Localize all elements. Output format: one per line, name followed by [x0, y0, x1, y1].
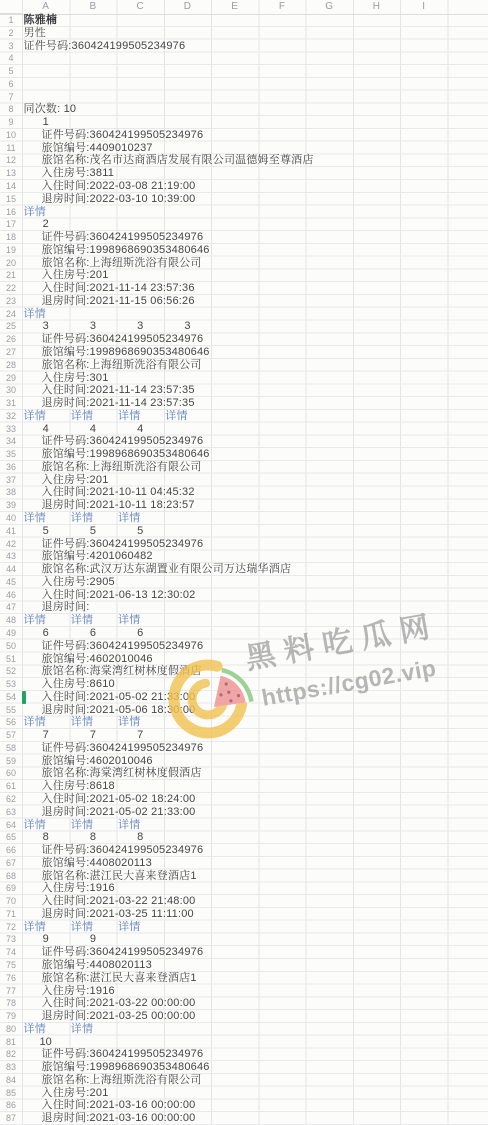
row-number[interactable]: 65: [0, 831, 22, 844]
column-header[interactable]: G: [306, 0, 353, 14]
record-field[interactable]: 入住房号:8610: [42, 678, 115, 691]
row-number[interactable]: 85: [0, 1087, 22, 1100]
row-number[interactable]: 19: [0, 244, 22, 257]
record-field[interactable]: 证件号码:360424199505234976: [42, 844, 204, 857]
row-number[interactable]: 59: [0, 755, 22, 768]
record-field[interactable]: 旅馆名称:海棠湾红树林度假酒店: [42, 767, 202, 780]
row-number[interactable]: 87: [0, 1112, 22, 1125]
row-number[interactable]: 15: [0, 193, 22, 206]
row-number[interactable]: 66: [0, 844, 22, 857]
record-field[interactable]: 入住房号:201: [42, 474, 109, 487]
record-index[interactable]: 6: [69, 627, 116, 640]
record-field[interactable]: 入住时间:2021-10-11 04:45:32: [42, 486, 195, 499]
row-number[interactable]: 20: [0, 257, 22, 270]
row-number[interactable]: 39: [0, 499, 22, 512]
record-field[interactable]: 旅馆编号:4602010046: [42, 755, 153, 768]
detail-link[interactable]: 详情: [118, 614, 140, 627]
record-index[interactable]: 4: [22, 423, 69, 436]
watermark-title: 黑料吃瓜网: [243, 611, 440, 674]
row-number[interactable]: 63: [0, 806, 22, 819]
row-number[interactable]: 7: [0, 91, 22, 104]
record-index[interactable]: 3: [69, 320, 116, 333]
detail-link[interactable]: 详情: [118, 410, 140, 423]
record-field[interactable]: 入住时间:2021-03-22 21:48:00: [42, 895, 196, 908]
row-number[interactable]: 26: [0, 333, 22, 346]
record-index[interactable]: 4: [69, 423, 116, 436]
detail-link[interactable]: 详情: [71, 921, 93, 934]
row-number[interactable]: 54: [0, 691, 22, 704]
record-field[interactable]: 旅馆编号:4201060482: [42, 550, 153, 563]
detail-link[interactable]: 详情: [165, 410, 187, 423]
record-field[interactable]: 退房时间:2021-10-11 18:23:57: [42, 499, 195, 512]
row-number[interactable]: 12: [0, 154, 22, 167]
record-field[interactable]: 退房时间:2021-03-25 11:11:00: [42, 908, 194, 921]
record-index[interactable]: 5: [69, 525, 116, 538]
record-field[interactable]: 入住房号:201: [42, 1087, 109, 1100]
row-number[interactable]: 8: [0, 103, 22, 116]
record-field[interactable]: 入住房号:3811: [42, 167, 115, 180]
detail-link[interactable]: 详情: [71, 512, 93, 525]
record-field[interactable]: 入住房号:8618: [42, 780, 115, 793]
row-number[interactable]: 55: [0, 704, 22, 717]
detail-link[interactable]: 详情: [24, 921, 46, 934]
row-number[interactable]: 32: [0, 410, 22, 423]
row-number[interactable]: 74: [0, 946, 22, 959]
detail-link[interactable]: 详情: [118, 512, 140, 525]
row-number[interactable]: 77: [0, 985, 22, 998]
row-number[interactable]: 43: [0, 550, 22, 563]
row-number[interactable]: 52: [0, 665, 22, 678]
record-field[interactable]: 旅馆名称:海棠湾红树林度假酒店: [42, 665, 202, 678]
record-index[interactable]: 8: [22, 831, 69, 844]
row-number[interactable]: 79: [0, 1010, 22, 1023]
record-field[interactable]: 旅馆编号:1998968690353480646: [42, 346, 210, 359]
record-field[interactable]: 旅馆名称:上海纽斯洗浴有限公司: [42, 1074, 202, 1087]
row-number[interactable]: 57: [0, 729, 22, 742]
record-field[interactable]: 退房时间:2021-11-15 06:56:26: [42, 295, 195, 308]
row-number[interactable]: 61: [0, 780, 22, 793]
row-number[interactable]: 36: [0, 461, 22, 474]
detail-link[interactable]: 详情: [71, 1023, 93, 1036]
row-number[interactable]: 84: [0, 1074, 22, 1087]
row-number[interactable]: 49: [0, 627, 22, 640]
person-gender[interactable]: 男性: [24, 27, 46, 40]
record-index[interactable]: 3: [22, 320, 69, 333]
record-field[interactable]: 入住房号:301: [42, 372, 109, 385]
row-number[interactable]: 72: [0, 921, 22, 934]
detail-link[interactable]: 详情: [24, 614, 46, 627]
row-number[interactable]: 28: [0, 359, 22, 372]
detail-link[interactable]: 详情: [118, 921, 140, 934]
person-name[interactable]: 陈雅楠: [24, 14, 58, 27]
row-number[interactable]: 62: [0, 793, 22, 806]
row-number[interactable]: 82: [0, 1048, 22, 1061]
row-number[interactable]: 64: [0, 819, 22, 832]
record-field[interactable]: 证件号码:360424199505234976: [42, 946, 204, 959]
row-number[interactable]: 75: [0, 959, 22, 972]
detail-link[interactable]: 详情: [24, 1023, 46, 1036]
column-header[interactable]: F: [258, 0, 305, 14]
record-field[interactable]: 证件号码:360424199505234976: [42, 640, 204, 653]
record-field[interactable]: 旅馆名称:上海纽斯洗浴有限公司: [42, 461, 202, 474]
row-number[interactable]: 30: [0, 384, 22, 397]
row-number[interactable]: 11: [0, 142, 22, 155]
detail-link[interactable]: 详情: [118, 819, 140, 832]
record-index[interactable]: 7: [69, 729, 116, 742]
row-number[interactable]: 14: [0, 180, 22, 193]
record-field[interactable]: 入住时间:2021-06-13 12:30:02: [42, 589, 196, 602]
detail-link[interactable]: 详情: [118, 716, 140, 729]
row-number[interactable]: 2: [0, 27, 22, 40]
row-number[interactable]: 9: [0, 116, 22, 129]
record-field[interactable]: 证件号码:360424199505234976: [42, 231, 204, 244]
row-number[interactable]: 17: [0, 218, 22, 231]
record-field[interactable]: 退房时间:2021-03-16 00:00:00: [42, 1112, 196, 1125]
record-field[interactable]: 退房时间:2021-05-06 18:30:00: [42, 704, 196, 717]
detail-link[interactable]: 详情: [71, 410, 93, 423]
record-field[interactable]: 入住房号:1916: [42, 882, 115, 895]
row-number[interactable]: 18: [0, 231, 22, 244]
column-header[interactable]: C: [117, 0, 164, 14]
row-number[interactable]: 27: [0, 346, 22, 359]
row-number[interactable]: 4: [0, 52, 22, 65]
row-number[interactable]: 40: [0, 512, 22, 525]
record-index[interactable]: 9: [69, 933, 116, 946]
record-field[interactable]: 入住时间:2021-05-02 18:24:00: [42, 793, 196, 806]
record-index[interactable]: 5: [22, 525, 69, 538]
record-index[interactable]: 8: [117, 831, 164, 844]
row-number[interactable]: 86: [0, 1099, 22, 1112]
row-number[interactable]: 35: [0, 448, 22, 461]
record-index[interactable]: 7: [22, 729, 69, 742]
row-number[interactable]: 70: [0, 895, 22, 908]
row-number[interactable]: 47: [0, 601, 22, 614]
record-field[interactable]: 证件号码:360424199505234976: [42, 435, 204, 448]
record-field[interactable]: 旅馆编号:4408020113: [42, 857, 152, 870]
detail-link[interactable]: 详情: [24, 308, 46, 321]
record-field[interactable]: 退房时间:2021-05-02 21:33:00: [42, 806, 196, 819]
row-number[interactable]: 29: [0, 372, 22, 385]
spreadsheet: ABCDEFGHI 123456789101112131415161718192…: [0, 0, 488, 1125]
row-number[interactable]: 50: [0, 640, 22, 653]
record-index[interactable]: 7: [117, 729, 164, 742]
record-index[interactable]: 9: [22, 933, 69, 946]
detail-link[interactable]: 详情: [24, 716, 46, 729]
row-number[interactable]: 67: [0, 857, 22, 870]
row-number[interactable]: 56: [0, 716, 22, 729]
column-header[interactable]: E: [211, 0, 258, 14]
selected-cell-marker: [22, 691, 27, 704]
person-id[interactable]: 证件号码:360424199505234976: [24, 40, 186, 53]
row-number[interactable]: 3: [0, 40, 22, 53]
record-field[interactable]: 旅馆名称:上海纽斯洗浴有限公司: [42, 257, 202, 270]
record-index[interactable]: 3: [117, 320, 164, 333]
row-number[interactable]: 60: [0, 767, 22, 780]
record-index[interactable]: 5: [117, 525, 164, 538]
record-field[interactable]: 证件号码:360424199505234976: [42, 1048, 204, 1061]
record-field[interactable]: 证件号码:360424199505234976: [42, 742, 204, 755]
detail-link[interactable]: 详情: [71, 819, 93, 832]
row-number[interactable]: 41: [0, 525, 22, 538]
record-field[interactable]: 入住时间:2022-03-08 21:19:00: [42, 180, 196, 193]
record-index[interactable]: 2: [22, 218, 69, 231]
record-field[interactable]: 入住房号:1916: [42, 985, 115, 998]
row-number[interactable]: 10: [0, 129, 22, 142]
column-header[interactable]: H: [353, 0, 400, 14]
record-field[interactable]: 旅馆编号:4408020113: [42, 959, 152, 972]
row-number[interactable]: 76: [0, 972, 22, 985]
record-field[interactable]: 旅馆名称:湛江民大喜来登酒店1: [42, 972, 197, 985]
row-number[interactable]: 45: [0, 576, 22, 589]
record-field[interactable]: 证件号码:360424199505234976: [42, 538, 204, 551]
watermark-url: https://cg02.vip: [260, 656, 438, 709]
column-header[interactable]: D: [164, 0, 211, 14]
record-field[interactable]: 退房时间:2021-11-14 23:57:35: [42, 397, 195, 410]
row-number[interactable]: 21: [0, 269, 22, 282]
row-number[interactable]: 51: [0, 653, 22, 666]
row-number[interactable]: 23: [0, 295, 22, 308]
row-number[interactable]: 71: [0, 908, 22, 921]
record-index[interactable]: 6: [22, 627, 69, 640]
row-number[interactable]: 5: [0, 65, 22, 78]
row-number[interactable]: 25: [0, 320, 22, 333]
record-field[interactable]: 入住房号:2905: [42, 576, 115, 589]
detail-link[interactable]: 详情: [24, 206, 46, 219]
record-field[interactable]: 旅馆编号:4409010237: [42, 142, 153, 155]
row-number[interactable]: 38: [0, 486, 22, 499]
record-field[interactable]: 旅馆名称:上海纽斯洗浴有限公司: [42, 359, 202, 372]
row-number[interactable]: 48: [0, 614, 22, 627]
row-number[interactable]: 33: [0, 423, 22, 436]
record-field[interactable]: 退房时间:2021-03-25 00:00:00: [42, 1010, 196, 1023]
row-number[interactable]: 13: [0, 167, 22, 180]
row-number[interactable]: 24: [0, 308, 22, 321]
record-field[interactable]: 旅馆名称:湛江民大喜来登酒店1: [42, 870, 197, 883]
record-index[interactable]: 10: [22, 1036, 69, 1049]
record-field[interactable]: 入住时间:2021-11-14 23:57:36: [42, 282, 195, 295]
detail-link[interactable]: 详情: [24, 819, 46, 832]
row-number[interactable]: 31: [0, 397, 22, 410]
column-header[interactable]: A: [22, 0, 69, 14]
record-field[interactable]: 退房时间:: [42, 601, 90, 614]
row-number[interactable]: 81: [0, 1036, 22, 1049]
record-field[interactable]: 入住时间:2021-11-14 23:57:35: [42, 384, 195, 397]
row-number[interactable]: 44: [0, 563, 22, 576]
row-number[interactable]: 73: [0, 933, 22, 946]
row-number[interactable]: 58: [0, 742, 22, 755]
row-number[interactable]: 80: [0, 1023, 22, 1036]
record-index[interactable]: 6: [117, 627, 164, 640]
record-field[interactable]: 旅馆名称:茂名市达商酒店发展有限公司温德姆至尊酒店: [42, 154, 314, 167]
record-field[interactable]: 旅馆编号:4602010046: [42, 653, 153, 666]
row-number[interactable]: 69: [0, 882, 22, 895]
record-field[interactable]: 旅馆编号:1998968690353480646: [42, 244, 210, 257]
record-field[interactable]: 入住时间:2021-03-22 00:00:00: [42, 997, 196, 1010]
detail-link[interactable]: 详情: [24, 410, 46, 423]
record-field[interactable]: 退房时间:2022-03-10 10:39:00: [42, 193, 196, 206]
detail-link[interactable]: 详情: [71, 614, 93, 627]
row-number[interactable]: 42: [0, 538, 22, 551]
record-field[interactable]: 入住时间:2021-03-16 00:00:00: [42, 1099, 196, 1112]
record-field[interactable]: 旅馆编号:1998968690353480646: [42, 448, 210, 461]
record-field[interactable]: 证件号码:360424199505234976: [42, 129, 204, 142]
record-index[interactable]: 8: [69, 831, 116, 844]
column-header[interactable]: B: [69, 0, 116, 14]
select-all-corner-cell[interactable]: [0, 0, 22, 14]
record-index[interactable]: 1: [22, 116, 69, 129]
record-field[interactable]: 证件号码:360424199505234976: [42, 333, 204, 346]
record-field[interactable]: 旅馆编号:1998968690353480646: [42, 1061, 210, 1074]
row-number[interactable]: 1: [0, 14, 22, 27]
record-field[interactable]: 入住房号:201: [42, 269, 109, 282]
row-number[interactable]: 78: [0, 997, 22, 1010]
row-number[interactable]: 68: [0, 870, 22, 883]
row-number[interactable]: 37: [0, 474, 22, 487]
row-number[interactable]: 6: [0, 78, 22, 91]
row-number[interactable]: 46: [0, 589, 22, 602]
record-index[interactable]: 4: [117, 423, 164, 436]
record-field[interactable]: 入住时间:2021-05-02 21:33:00: [42, 691, 196, 704]
record-index[interactable]: 3: [164, 320, 211, 333]
row-number[interactable]: 16: [0, 206, 22, 219]
header-divider: [0, 14, 488, 15]
row-number[interactable]: 22: [0, 282, 22, 295]
times-count[interactable]: 同次数: 10: [24, 103, 77, 116]
record-field[interactable]: 旅馆名称:武汉万达东湖置业有限公司万达瑞华酒店: [42, 563, 292, 576]
column-header[interactable]: I: [400, 0, 447, 14]
detail-link[interactable]: 详情: [24, 512, 46, 525]
row-number[interactable]: 34: [0, 435, 22, 448]
detail-link[interactable]: 详情: [71, 716, 93, 729]
row-number[interactable]: 53: [0, 678, 22, 691]
row-number[interactable]: 83: [0, 1061, 22, 1074]
